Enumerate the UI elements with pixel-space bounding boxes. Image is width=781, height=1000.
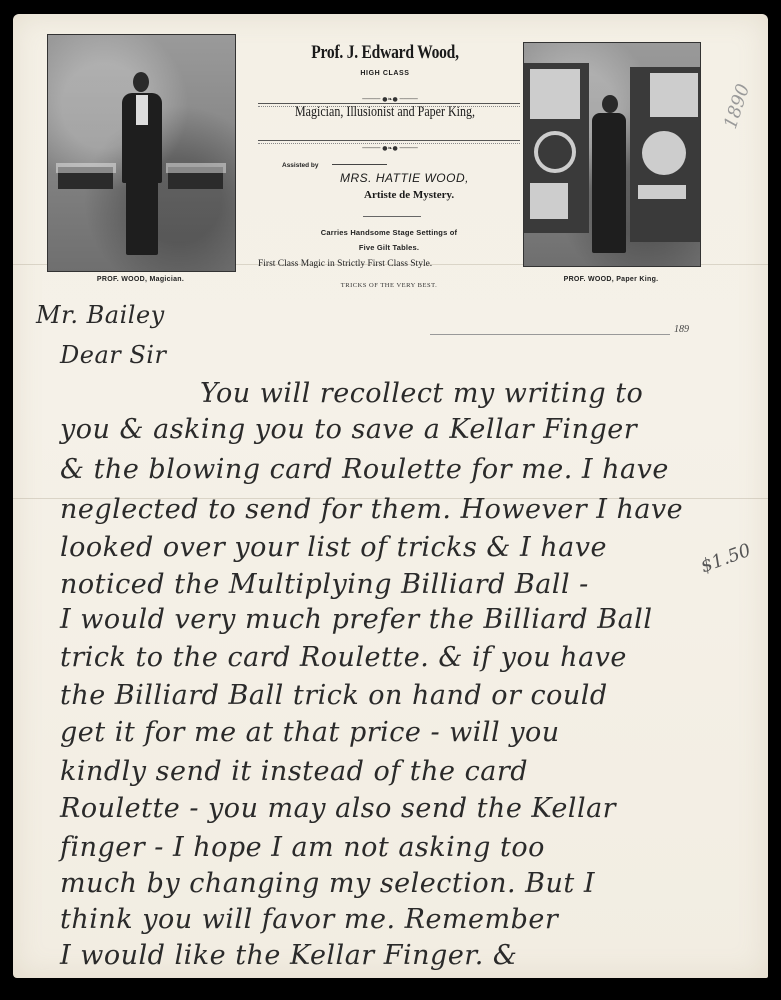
letter-line: You will recollect my writing to: [200, 378, 643, 409]
letter-line: get it for me at that price - will you: [60, 717, 560, 748]
tagline: TRICKS OF THE VERY BEST.: [258, 282, 520, 289]
magician-head: [133, 72, 149, 92]
paper-cutout-doily: [642, 131, 686, 175]
letter-line: kindly send it instead of the card: [60, 756, 528, 787]
magician-photo: [47, 34, 236, 272]
date-prefix: 189: [674, 324, 689, 335]
slogan: First Class Magic in Strictly First Clas…: [258, 259, 432, 269]
magician-legs: [126, 181, 158, 255]
letterhead-subtitle: HIGH CLASS: [240, 70, 530, 77]
letter-line: looked over your list of tricks & I have: [60, 532, 607, 563]
carries-line-1: Carries Handsome Stage Settings of: [258, 228, 520, 237]
ornament-divider: ───── ●❧● ─────: [310, 146, 470, 152]
shirt-front: [136, 95, 148, 125]
letter-line: I would like the Kellar Finger. &: [60, 940, 517, 971]
paper-cutout-square: [530, 69, 580, 119]
paper-cutout-cloth: [530, 183, 568, 219]
paper-cutout-wheel: [534, 131, 576, 173]
assistant-title: Artiste de Mystery.: [364, 189, 454, 201]
letterhead-profession: Magician, Illusionist and Paper King,: [269, 104, 501, 121]
letter-line: I would very much prefer the Billiard Ba…: [60, 604, 652, 635]
assisted-by-rule: [332, 164, 387, 165]
paper-cutout-fence: [638, 185, 686, 199]
letter-line: think you will favor me. Remember: [60, 904, 558, 935]
letterhead-name: Prof. J. Edward Wood,: [266, 42, 504, 64]
paper-king-head: [602, 95, 618, 113]
carries-line-2: Five Gilt Tables.: [258, 243, 520, 252]
short-divider: [363, 216, 421, 217]
letter-line: much by changing my selection. But I: [60, 868, 595, 899]
letter-line: neglected to send for them. However I ha…: [60, 494, 683, 525]
rule-bottom: [258, 140, 520, 144]
letter-line: Roulette - you may also send the Kellar: [60, 793, 616, 824]
tablecloth: [166, 163, 226, 173]
paper-king-caption: PROF. WOOD, Paper King.: [523, 276, 699, 283]
letter-line: trick to the card Roulette. & if you hav…: [60, 642, 627, 673]
recipient: Mr. Bailey: [36, 301, 165, 329]
assistant-name: MRS. HATTIE WOOD,: [340, 171, 469, 185]
letter-line: noticed the Multiplying Billiard Ball -: [60, 569, 589, 600]
paper-king-body: [592, 113, 626, 253]
magician-caption: PROF. WOOD, Magician.: [47, 276, 234, 283]
letter-line: you & asking you to save a Kellar Finger: [60, 414, 637, 445]
paper-king-photo: [523, 42, 701, 267]
assisted-by-label: Assisted by: [282, 162, 319, 169]
letter-line: & the blowing card Roulette for me. I ha…: [60, 454, 669, 485]
date-line: [430, 334, 670, 335]
letter-line: the Billiard Ball trick on hand or could: [60, 680, 608, 711]
paper-cutout-square: [650, 73, 698, 117]
letter-line: finger - I hope I am not asking too: [60, 832, 545, 863]
greeting: Dear Sir: [60, 341, 166, 369]
tablecloth: [56, 163, 116, 173]
